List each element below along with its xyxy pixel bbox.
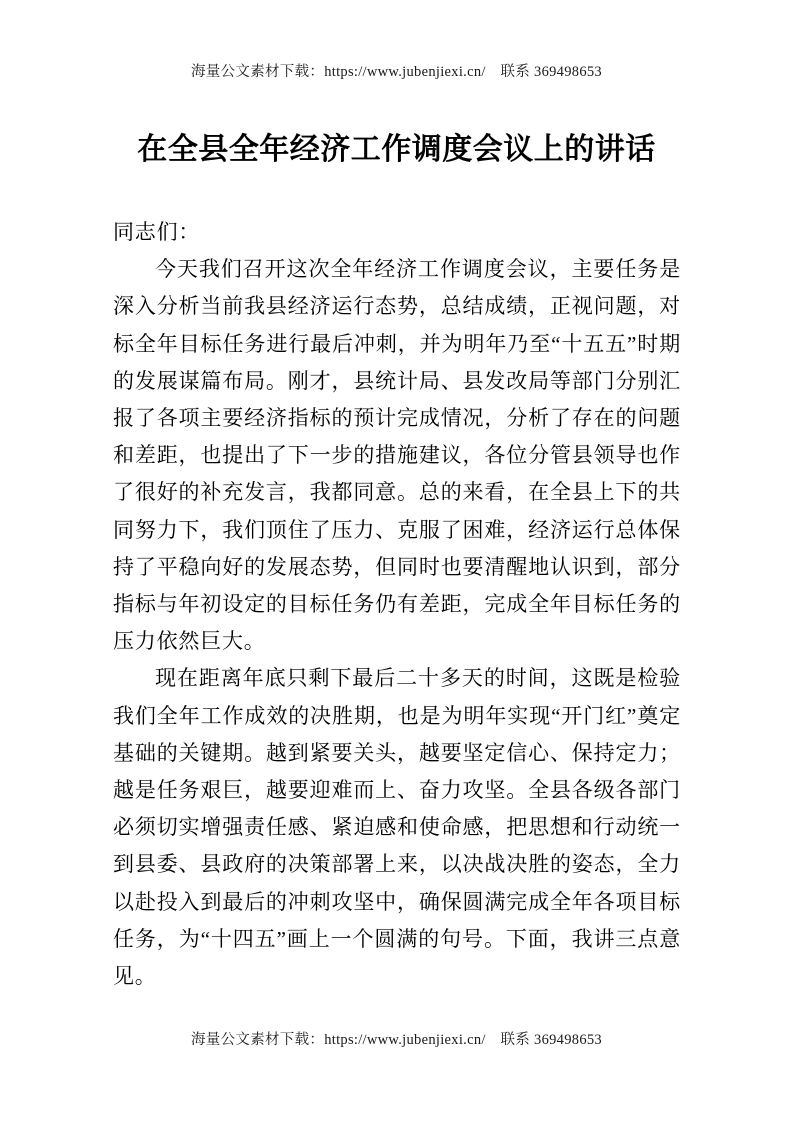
- footer-watermark-note: 海量公文素材下载：https://www.jubenjiexi.cn/ 联系 3…: [0, 1030, 793, 1050]
- header-watermark-note: 海量公文素材下载：https://www.jubenjiexi.cn/ 联系 3…: [0, 62, 793, 82]
- salutation: 同志们：: [113, 214, 681, 251]
- document-page: 海量公文素材下载：https://www.jubenjiexi.cn/ 联系 3…: [0, 0, 793, 1122]
- document-title: 在全县全年经济工作调度会议上的讲话: [0, 128, 793, 172]
- document-body: 同志们： 今天我们召开这次全年经济工作调度会议，主要任务是深入分析当前我县经济运…: [113, 214, 681, 995]
- paragraph-2: 现在距离年底只剩下最后二十多天的时间，这既是检验我们全年工作成效的决胜期，也是为…: [113, 660, 681, 995]
- paragraph-1: 今天我们召开这次全年经济工作调度会议，主要任务是深入分析当前我县经济运行态势，总…: [113, 251, 681, 660]
